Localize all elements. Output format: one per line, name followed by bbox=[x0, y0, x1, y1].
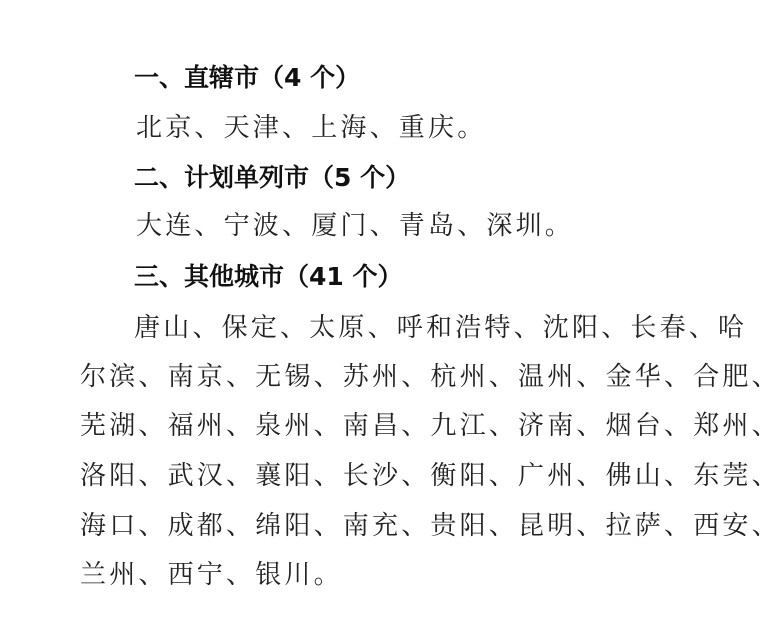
section-heading-other-cities: 三、其他城市（41 个） bbox=[134, 257, 403, 297]
other-cities-line-5: 海口、成都、绵阳、南充、贵阳、昆明、拉萨、西安、 bbox=[80, 506, 781, 546]
other-cities-line-2: 尔滨、南京、无锡、苏州、杭州、温州、金华、合肥、 bbox=[80, 357, 781, 397]
separately-planned-cities-list: 大连、宁波、厦门、青岛、深圳。 bbox=[136, 206, 574, 246]
other-cities-line-4: 洛阳、武汉、襄阳、长沙、衡阳、广州、佛山、东莞、 bbox=[80, 456, 781, 496]
section-heading-municipalities: 一、直辖市（4 个） bbox=[134, 58, 360, 98]
section-heading-separately-planned-cities: 二、计划单列市（5 个） bbox=[134, 158, 410, 198]
other-cities-line-1: 唐山、保定、太原、呼和浩特、沈阳、长春、哈 bbox=[134, 308, 747, 348]
municipalities-list: 北京、天津、上海、重庆。 bbox=[136, 108, 486, 148]
other-cities-line-3: 芜湖、福州、泉州、南昌、九江、济南、烟台、郑州、 bbox=[80, 406, 781, 446]
other-cities-line-6: 兰州、西宁、银川。 bbox=[80, 555, 343, 595]
